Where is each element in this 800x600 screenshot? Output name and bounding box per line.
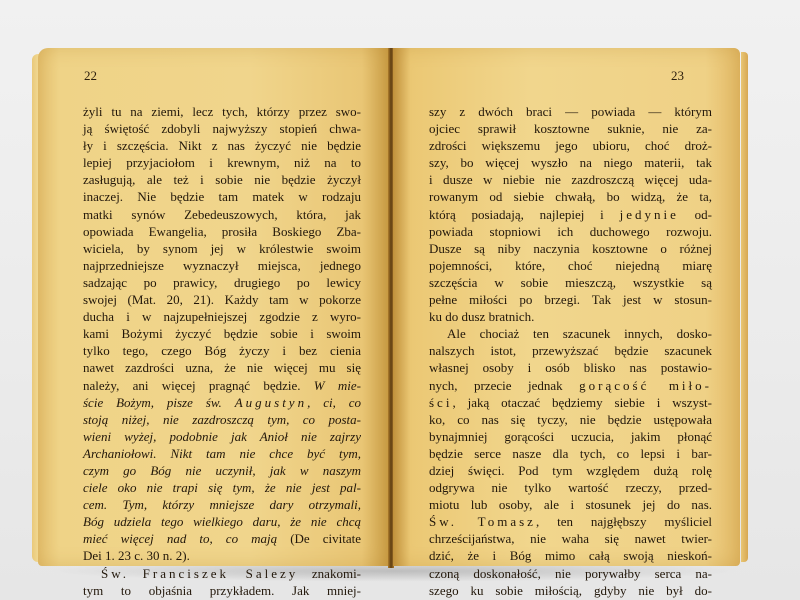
text-line: opowiada Ewangelia, prosiła Boskiego Zba…	[83, 223, 361, 240]
text-line: Św. Franciszek Salezy znakomi-	[83, 565, 361, 582]
text-line: matki synów Zebedeuszowych, która, jak	[83, 206, 361, 223]
spaced-name-augustyn: Augustyn	[235, 395, 307, 410]
spaced-name-franciszek-salezy: Franciszek Salezy	[143, 566, 299, 581]
text-line: cem. Tym, którzy mniejsze dary otrzymali…	[83, 496, 361, 513]
text-line: będzie serce nasze dla tych, co lepsi i …	[429, 445, 712, 462]
text-line: lepiej przyjaciołom i krewnym, niż na to	[83, 154, 361, 171]
text-run: , jaką otaczać będziemy siebie i wszyst-	[452, 395, 712, 410]
text-line: czym go Bóg nie uczynił, jak w naszym	[83, 462, 361, 479]
page-number-left: 22	[84, 68, 97, 84]
italic-run: W mie-	[314, 378, 361, 393]
text-line: ojciec sprawił kosztowne suknie, nie za-	[429, 120, 712, 137]
text-line: tylko tego, czego Bóg życzy i bez cienia	[83, 342, 361, 359]
text-line: pojemności, które, choć niejedną miarę	[429, 257, 712, 274]
italic-run: ście Bożym, pisze św.	[83, 395, 222, 410]
text-line: i dusze w niebie nie zazdroszczą więcej …	[429, 171, 712, 188]
text-line: Św. Tomasz, ten najgłębszy myśliciel	[429, 513, 712, 530]
text-line: wieni wyżej, podobnie jak Anioł nie zajr…	[83, 428, 361, 445]
text-line: zdrości większemu jego ubioru, choć droż…	[429, 137, 712, 154]
text-line: dzić, że i Bóg mimo całą swoją nieskoń-	[429, 547, 712, 564]
text-run: znakomi-	[298, 566, 361, 581]
text-line: tym to objaśnia przykładem. Jak mniej-	[83, 582, 361, 599]
text-line: żyli tu na ziemi, lecz tych, którzy prze…	[83, 103, 361, 120]
text-line: ją świętość zdobyli najwyższy stopień ch…	[83, 120, 361, 137]
spaced-phrase-goracosc-milosci: gorącość miło-	[579, 378, 712, 393]
right-page: 23 szy z dwóch braci — powiada — którym …	[393, 48, 740, 566]
left-page-text: żyli tu na ziemi, lecz tych, którzy prze…	[83, 103, 361, 599]
text-line: Bóg udziela tego wielkiego daru, że nie …	[83, 513, 361, 530]
text-line: szy z dwóch braci — powiada — którym	[429, 103, 712, 120]
text-line: chrześcijaństwa, nie waha się nawet twie…	[429, 530, 712, 547]
text-line: ście Bożym, pisze św. Augustyn, ci, co	[83, 394, 361, 411]
text-run: którą posiadają, najlepiej i	[429, 207, 620, 222]
text-line: ducha i w najzupełniejszej zgodzie z wyr…	[83, 308, 361, 325]
text-line: odgrywa nie tylko wartość rzeczy, przed-	[429, 479, 712, 496]
text-line: bynajmniej gorącości uczucia, jakim płon…	[429, 428, 712, 445]
text-line: Archaniołowi. Nikt tam nie chce być tym,	[83, 445, 361, 462]
text-line: nych, przecie jednak gorącość miło-	[429, 377, 712, 394]
text-line: sadzając po prawicy, drugiego po lewicy	[83, 274, 361, 291]
text-line: należy, ani więcej pragnąć będzie. W mie…	[83, 377, 361, 394]
text-line: pełne miłości po brzegi. Tak jest w stos…	[429, 291, 712, 308]
right-page-edges	[741, 52, 748, 562]
text-line: mieć więcej nad to, co mają (De civitate	[83, 530, 361, 547]
text-line: powiada stopniowi ich duchowego rozwoju.	[429, 223, 712, 240]
open-book: 22 żyli tu na ziemi, lecz tych, którzy p…	[38, 48, 742, 568]
text-line: którą posiadają, najlepiej i jedynie od-	[429, 206, 712, 223]
text-line: szczęścia w sobie mieszczą, wszystkie są	[429, 274, 712, 291]
right-page-text: szy z dwóch braci — powiada — którym ojc…	[429, 103, 712, 599]
text-line: ciele oko nie trapi się tym, że nie jest…	[83, 479, 361, 496]
text-line: Ale chociaż ten szacunek innych, dosko-	[429, 325, 712, 342]
text-line: wiciela, by synom jej w królestwie swoim	[83, 240, 361, 257]
text-line: inaczej. Nie będzie tam matek w rodzaju	[83, 188, 361, 205]
text-line: miotu lub osoby, ale i stosunek jej do n…	[429, 496, 712, 513]
text-line: szego ku sobie miłością, gdyby nie był d…	[429, 582, 712, 599]
text-run: należy, ani więcej pragnąć będzie.	[83, 378, 301, 393]
spaced-text: ści	[429, 395, 452, 410]
text-line: Dusze są niby naczynia kosztowne o różne…	[429, 240, 712, 257]
text-line: Dei 1. 23 c. 30 n. 2).	[83, 547, 361, 564]
text-line: nalszych istot, przewyższać będzie szacu…	[429, 342, 712, 359]
text-run: , ten najgłębszy myśliciel	[536, 514, 712, 529]
text-line: stoją niżej, nie zazdroszczą tym, co pos…	[83, 411, 361, 428]
left-page: 22 żyli tu na ziemi, lecz tych, którzy p…	[38, 48, 390, 566]
text-line: swojej (Mat. 20, 21). Każdy tam w pokorz…	[83, 291, 361, 308]
text-run: od-	[679, 207, 712, 222]
text-line: ku do dusz bratnich.	[429, 308, 712, 325]
text-line: własnej osoby i osób blisko nas postawio…	[429, 359, 712, 376]
text-line: ły i szczęścia. Nikt z nas życzyć nie bę…	[83, 137, 361, 154]
text-line: kami Bożymi życzyć będzie sobie i swoim	[83, 325, 361, 342]
text-line: ści, jaką otaczać będziemy siebie i wszy…	[429, 394, 712, 411]
text-line: nawet zazdrości uzna, że nie więcej mu s…	[83, 359, 361, 376]
spaced-word-jedynie: jedynie	[620, 207, 679, 222]
spaced-name-tomasz: Św. Tomasz	[429, 514, 536, 529]
page-number-right: 23	[671, 68, 684, 84]
text-line: dziej święci. Pod tym względem dużą rolę	[429, 462, 712, 479]
text-line: rowanym od siebie chwałą, bo widzą, że t…	[429, 188, 712, 205]
text-line: zasługują, ale też i sobie nie będzie ży…	[83, 171, 361, 188]
text-line: najprzedniejsze wyznaczył miejsca, jedne…	[83, 257, 361, 274]
text-line: ko, co nas się tyczy, nie będzie ustępow…	[429, 411, 712, 428]
text-run: (De civitate	[277, 531, 361, 546]
spaced-text: Św.	[101, 566, 129, 581]
text-line: czoną doskonałość, nie porywałby serca n…	[429, 565, 712, 582]
text-line: szy, bo więcej wyszło na niego materii, …	[429, 154, 712, 171]
italic-run: mieć więcej nad to, co mają	[83, 531, 277, 546]
italic-run: , ci, co	[307, 395, 361, 410]
text-run: nych, przecie jednak	[429, 378, 579, 393]
